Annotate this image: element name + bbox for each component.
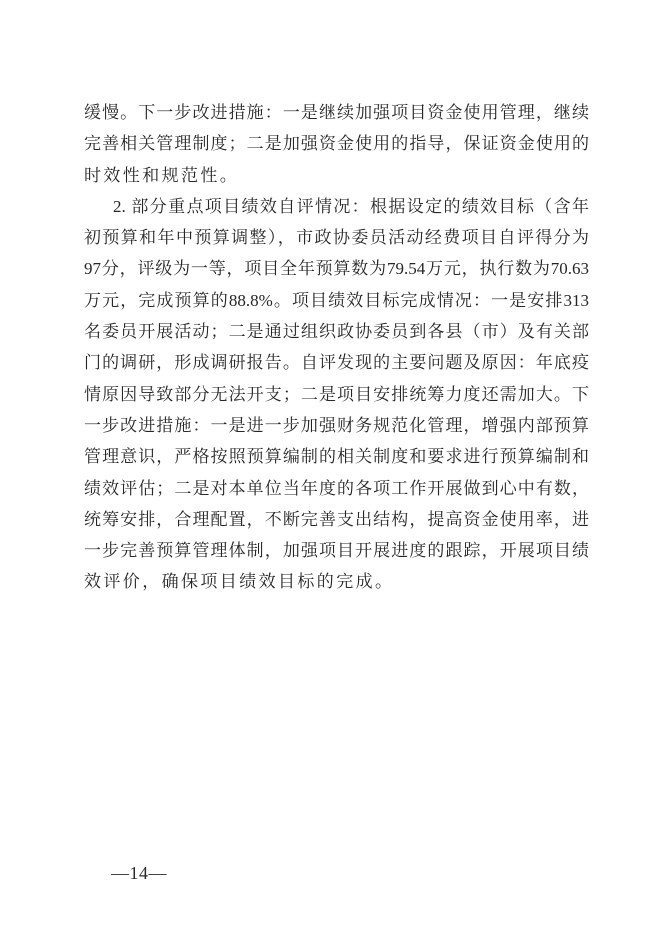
body-line: 时效性和规范性。 [84, 160, 589, 191]
body-line: 完善相关管理制度；二是加强资金使用的指导，保证资金使用的 [84, 128, 589, 159]
body-line: 2. 部分重点项目绩效自评情况：根据设定的绩效目标（含年 [84, 191, 589, 222]
body-line: 情原因导致部分无法开支；二是项目安排统筹力度还需加大。下 [84, 379, 589, 410]
body-line: 97分，评级为一等，项目全年预算数为79.54万元，执行数为70.63 [84, 253, 589, 284]
body-line: 万元，完成预算的88.8%。项目绩效目标完成情况：一是安排313 [84, 285, 589, 316]
body-line: 初预算和年中预算调整），市政协委员活动经费项目自评得分为 [84, 222, 589, 253]
document-page: 缓慢。下一步改进措施：一是继续加强项目资金使用管理，继续 完善相关管理制度；二是… [0, 0, 666, 942]
body-line: 门的调研，形成调研报告。自评发现的主要问题及原因：年底疫 [84, 347, 589, 378]
body-line: 名委员开展活动；二是通过组织政协委员到各县（市）及有关部 [84, 316, 589, 347]
body-line: 管理意识，严格按照预算编制的相关制度和要求进行预算编制和 [84, 441, 589, 472]
body-line: 统筹安排，合理配置，不断完善支出结构，提高资金使用率，进 [84, 504, 589, 535]
page-number: —14— [84, 863, 194, 884]
body-line: 缓慢。下一步改进措施：一是继续加强项目资金使用管理，继续 [84, 97, 589, 128]
body-line: 效评价，确保项目绩效目标的完成。 [84, 566, 589, 597]
document-body: 缓慢。下一步改进措施：一是继续加强项目资金使用管理，继续 完善相关管理制度；二是… [84, 97, 589, 598]
body-line: 绩效评估；二是对本单位当年度的各项工作开展做到心中有数， [84, 473, 589, 504]
body-line: 一步改进措施：一是进一步加强财务规范化管理，增强内部预算 [84, 410, 589, 441]
body-line: 一步完善预算管理体制，加强项目开展进度的跟踪，开展项目绩 [84, 535, 589, 566]
